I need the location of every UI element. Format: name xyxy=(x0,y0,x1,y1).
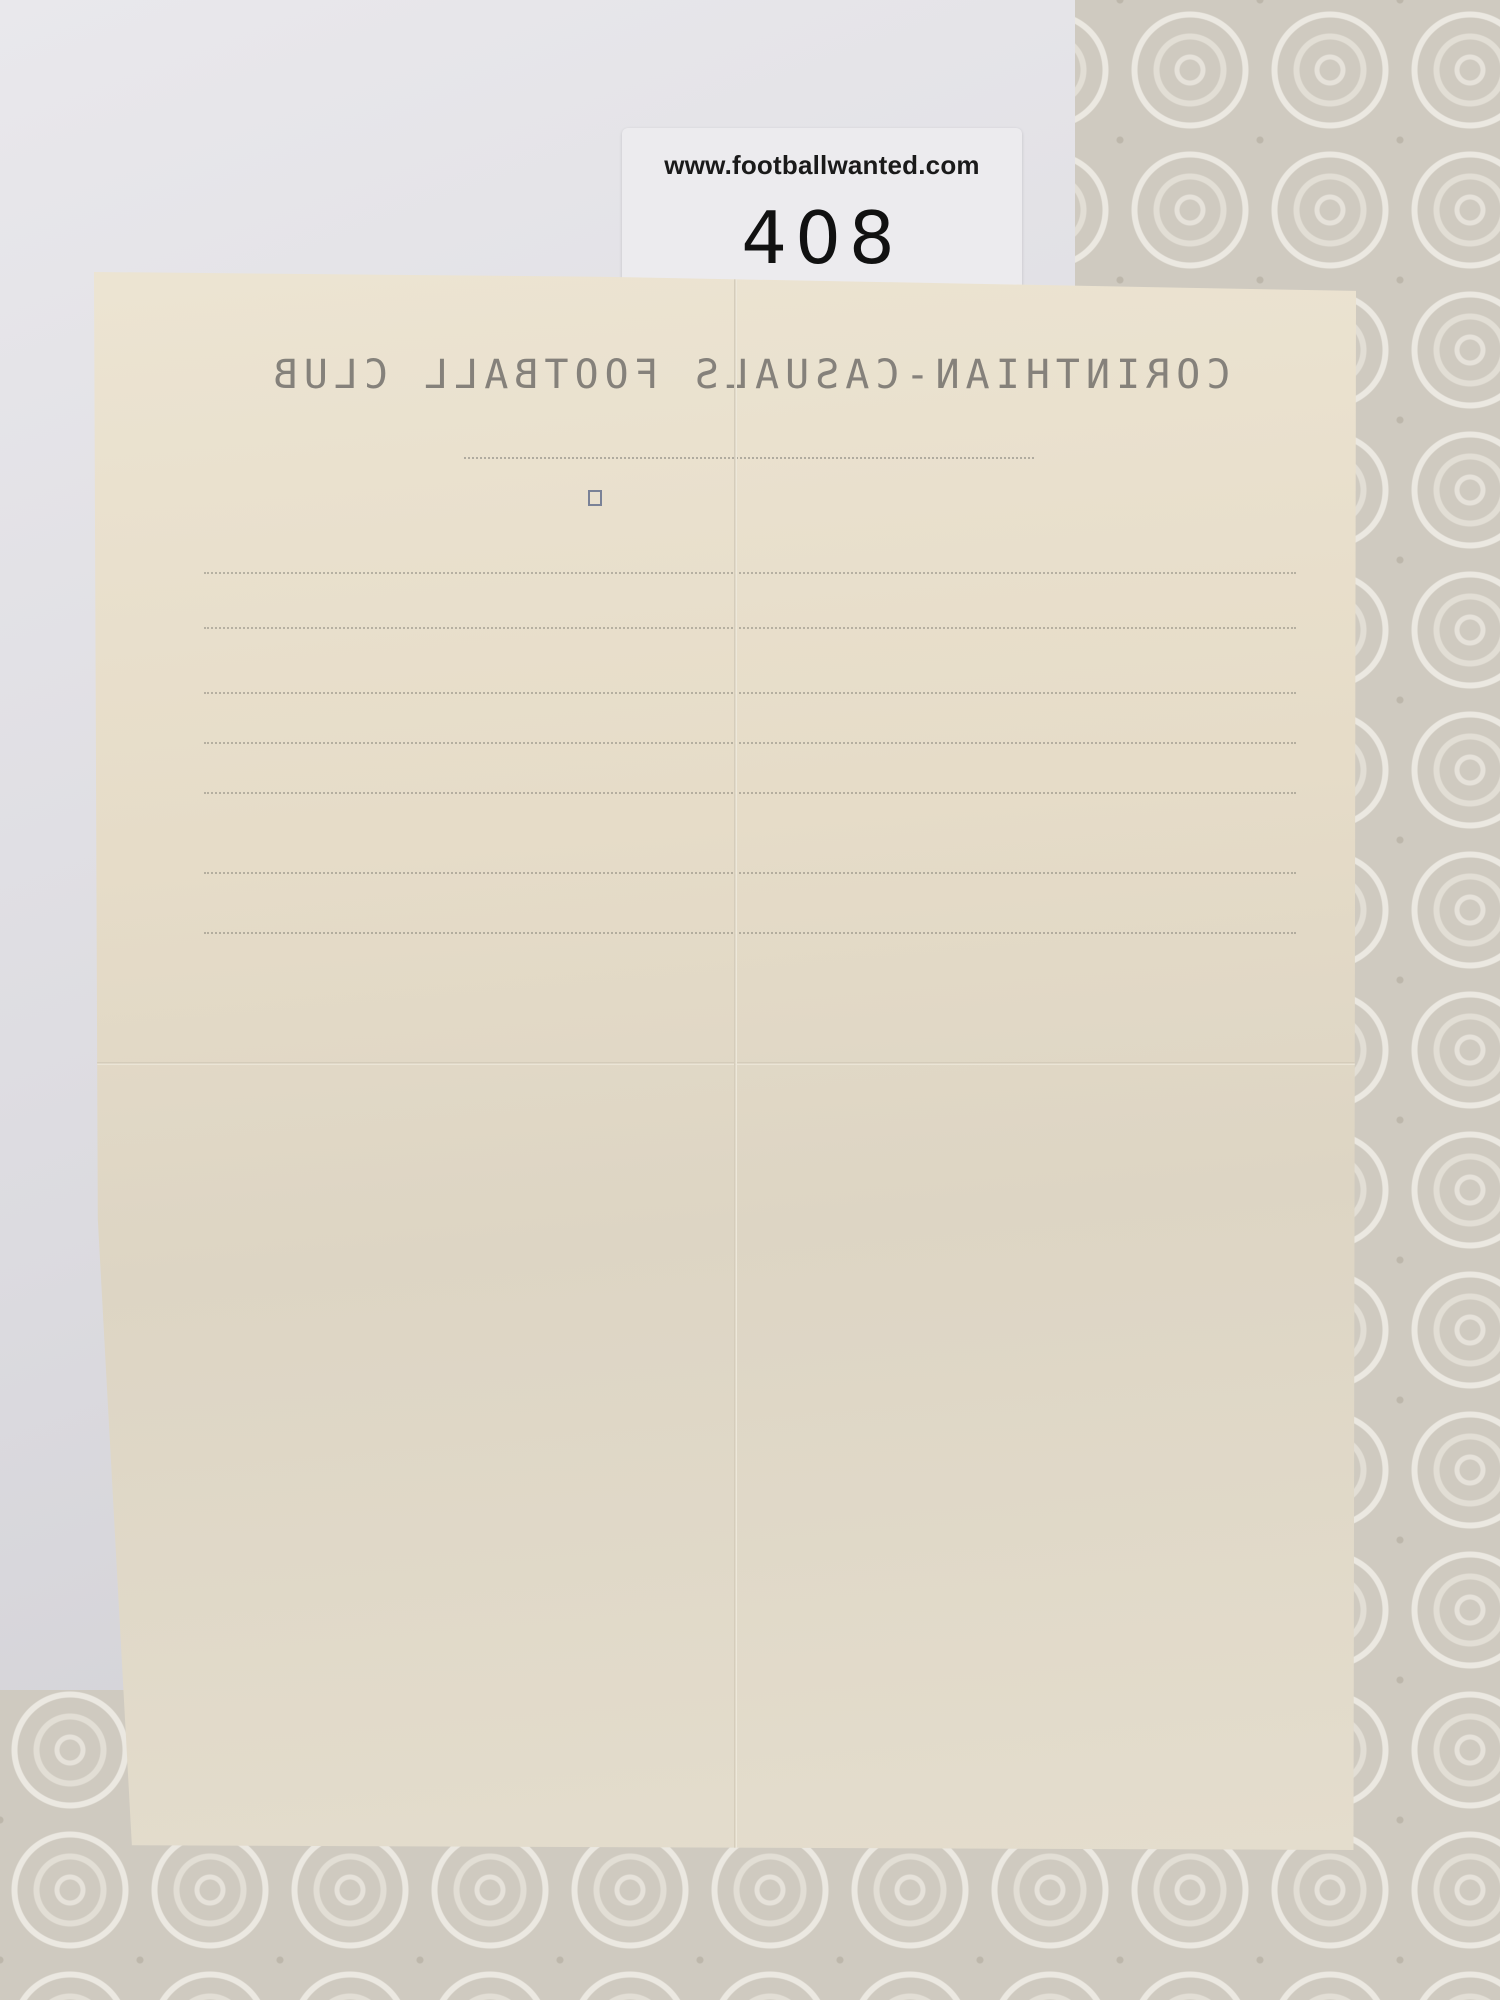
label-lot-number: 408 xyxy=(622,196,1022,280)
horizontal-fold xyxy=(94,1062,1356,1065)
bleed-through-line xyxy=(204,572,1296,584)
team-sheet-paper: CORINTHIAN-CASUALS FOOTBALL CLUB xyxy=(94,272,1356,1850)
bleed-through-line xyxy=(204,742,1296,754)
bleed-through-line xyxy=(204,872,1296,884)
blue-stamp-mark xyxy=(588,490,602,506)
vertical-fold xyxy=(734,272,737,1850)
mirrored-club-header: CORINTHIAN-CASUALS FOOTBALL CLUB xyxy=(204,352,1294,398)
bleed-through-line xyxy=(204,627,1296,639)
bleed-through-line xyxy=(204,692,1296,704)
header-rule xyxy=(464,457,1034,459)
reference-label: www.footballwanted.com 408 xyxy=(622,128,1022,293)
bleed-through-line xyxy=(204,932,1296,944)
label-url: www.footballwanted.com xyxy=(622,150,1022,181)
bleed-through-line xyxy=(204,792,1296,804)
